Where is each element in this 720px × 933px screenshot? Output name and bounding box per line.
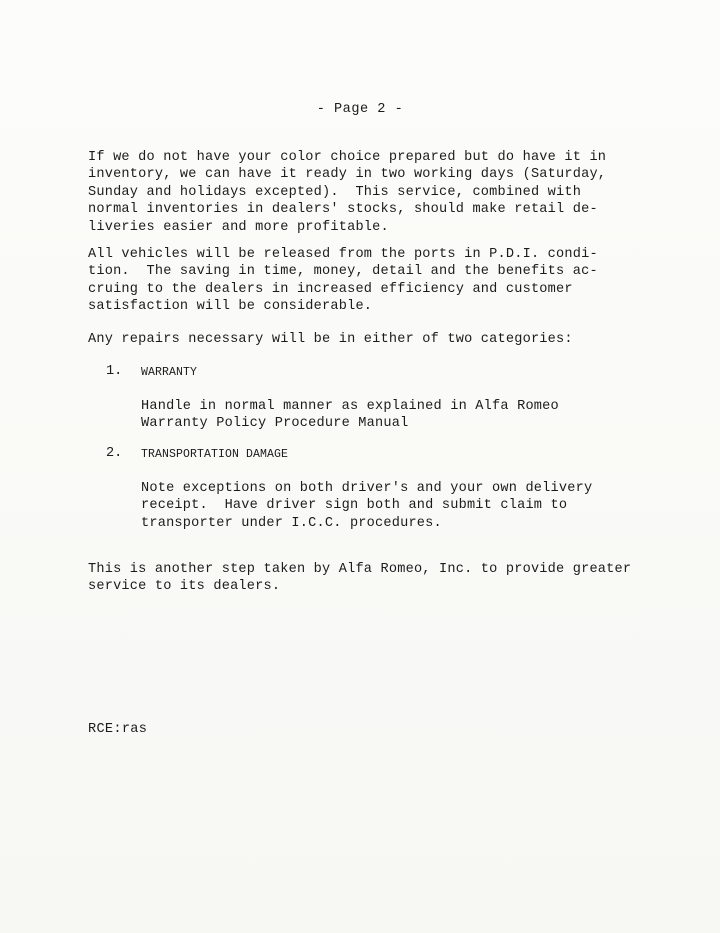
list-item-number: 2.	[106, 446, 122, 461]
list-item-title: WARRANTY	[141, 366, 197, 379]
paragraph-repairs-intro: Any repairs necessary will be in either …	[88, 331, 668, 348]
typist-initials: RCE:ras	[88, 722, 147, 737]
list-item-body: Handle in normal manner as explained in …	[141, 398, 559, 433]
paragraph-pdi-condition: All vehicles will be released from the p…	[88, 246, 668, 316]
list-item-title: TRANSPORTATION DAMAGE	[141, 448, 288, 461]
page-header: - Page 2 -	[0, 102, 720, 117]
list-item-number: 1.	[106, 364, 122, 379]
letter-page: - Page 2 - If we do not have your color …	[0, 0, 720, 933]
paragraph-closing: This is another step taken by Alfa Romeo…	[88, 561, 688, 596]
paragraph-color-choice: If we do not have your color choice prep…	[88, 149, 668, 236]
list-item-body: Note exceptions on both driver's and you…	[141, 480, 592, 532]
